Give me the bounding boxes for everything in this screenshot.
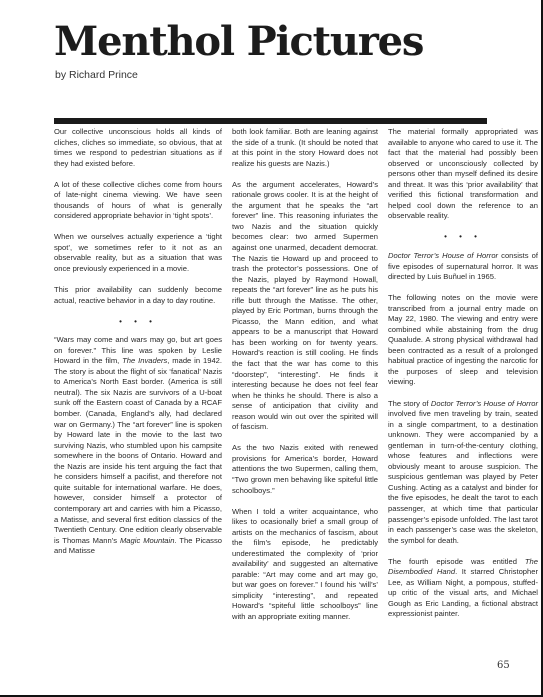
paragraph: This prior availability can suddenly bec… bbox=[54, 285, 222, 306]
paragraph: The following notes on the movie were tr… bbox=[388, 293, 538, 388]
paragraph: Doctor Terror’s House of Horror consists… bbox=[388, 251, 538, 283]
paragraph: As the two Nazis exited with renewed pro… bbox=[232, 443, 378, 496]
article-body: Our collective unconscious holds all kin… bbox=[54, 127, 538, 667]
text-run: The story of bbox=[388, 399, 431, 408]
paragraph: The story of Doctor Terror’s House of Ho… bbox=[388, 399, 538, 547]
paragraph: When I told a writer acquaintance, who l… bbox=[232, 507, 378, 623]
paragraph: When we ourselves actually experience a … bbox=[54, 232, 222, 274]
magazine-page: Menthol Pictures by Richard Prince Our c… bbox=[0, 0, 543, 697]
column-middle: both look familiar. Both are leaning aga… bbox=[232, 127, 378, 633]
column-right: The material formally appropriated was a… bbox=[388, 127, 538, 630]
paragraph: As the argument accelerates, Howard’s ra… bbox=[232, 180, 378, 433]
paragraph: A lot of these collective cliches come f… bbox=[54, 180, 222, 222]
film-title: Doctor Terror’s House of Horror bbox=[431, 399, 538, 408]
paragraph: The fourth episode was entitled The Dise… bbox=[388, 557, 538, 620]
text-run: involved five men traveling by train, se… bbox=[388, 409, 538, 545]
column-left: Our collective unconscious holds all kin… bbox=[54, 127, 222, 567]
paragraph: The material formally appropriated was a… bbox=[388, 127, 538, 222]
book-title: Magic Mountain bbox=[120, 536, 174, 545]
header-rule bbox=[54, 118, 487, 124]
page-number: 65 bbox=[497, 660, 510, 671]
article-byline: by Richard Prince bbox=[55, 69, 138, 81]
paragraph: Our collective unconscious holds all kin… bbox=[54, 127, 222, 169]
text-run: , made in 1942. The story is about the f… bbox=[54, 356, 222, 544]
film-title: Doctor Terror’s House of Horror bbox=[388, 251, 498, 260]
article-title: Menthol Pictures bbox=[54, 20, 423, 64]
section-separator: • • • bbox=[54, 317, 222, 328]
paragraph: “Wars may come and wars may go, but art … bbox=[54, 335, 222, 556]
text-run: The fourth episode was entitled bbox=[388, 557, 525, 566]
film-title: The Invaders bbox=[122, 356, 167, 365]
section-separator: • • • bbox=[388, 232, 538, 243]
paragraph: both look familiar. Both are leaning aga… bbox=[232, 127, 378, 169]
